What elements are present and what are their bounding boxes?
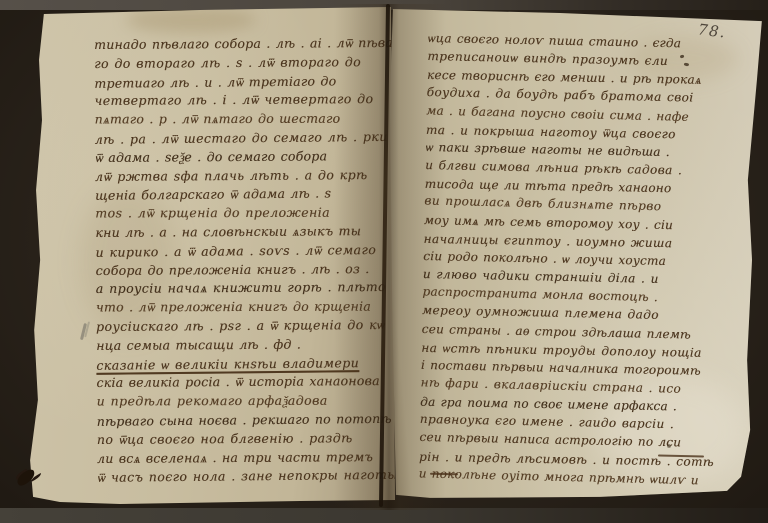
manuscript-text-line: кни лѣ . а . на словѣнскыи ѧзыкъ ты [95,222,371,243]
manuscript-text-line: четвертаго лѣ . і . лѿ четвертаго до [94,90,370,111]
manuscript-text-line: пѧтаго . р . лѿ пѧтаго до шестаго [95,110,371,130]
backdrop-bottom-strip [0,508,768,523]
manuscript-text-line: ѿ адама . ѕеѯе . до семаго собора [95,147,371,168]
manuscript-text-line: лѣ . ра . лѿ шестаго до семаго лѣ . рки [95,128,371,150]
manuscript-text-line: а проусіи начаѧ книжити горѣ . плѣто [96,278,372,299]
manuscript-text-line: роусіискаго лѣ . рѕг . а ѿ крщеніа до кѡ [96,316,372,337]
paper-stain [126,7,256,33]
manuscript-text-line: сказаніе ѡ великіи кнѕѣи владимери [96,354,372,376]
manuscript-text-line: что . лѿ преложеніа книгъ до крщеніа [96,298,372,318]
manuscript-text-line: пѣрваго сына ноєва . рекшаго по потопѣ [97,410,373,432]
right-page-text: ѡца своєго нолоѵ пиша стаино . єгдатрепи… [418,29,727,489]
manuscript-text-line: ѿ часъ поєго нола . зане непокры наготы [97,466,373,488]
manuscript-text-line: тоѕ . лѿ крщеніа до преложеніа [95,204,371,224]
manuscript-text-line: тинадо пѣвлаго собора . лѣ . аі . лѿ пѣв… [94,34,370,55]
manuscript-text-line: лѿ ржтва ѕфа плачь лѣть . а до крѣ [95,166,371,187]
pencil-mark [80,323,87,340]
manuscript-text-line: нца семыа тысащи лѣ . фд . [96,335,372,356]
manuscript-text-line: собора до преложеніа книгъ . лѣ . оз . [96,260,372,281]
ink-speck [667,444,671,448]
left-page-text: тинадо пѣвлаго собора . лѣ . аі . лѿ пѣв… [94,34,373,487]
manuscript-text-line: скіа великіа росіа . ѿ исторіа ханаонова [96,372,372,393]
manuscript-text-line: и кирико . а ѿ адама . ѕоѵѕ . лѿ семаго [95,241,371,263]
left-page: тинадо пѣвлаго собора . лѣ . аі . лѿ пѣв… [26,5,398,508]
manuscript-photo: тинадо пѣвлаго собора . лѣ . аі . лѿ пѣв… [0,0,768,523]
right-page: ѡца своєго нолоѵ пиша стаино . єгдатрепи… [388,6,766,509]
manuscript-text-line: и предѣла рекомаго арфаѯадова [97,392,373,412]
manuscript-text-line: ли всѧ вселенаѧ . на три части тремъ [97,448,373,469]
manuscript-text-line: по ѿца своєго ноа блгвенію . раздѣ [97,429,373,450]
manuscript-text-line: третиаго лѣ . и . лѿ третіаго до [94,72,370,94]
folio-number: 78. [697,20,727,41]
manuscript-text-line: го до втораго лѣ . ѕ . лѿ втораго до [94,53,370,74]
